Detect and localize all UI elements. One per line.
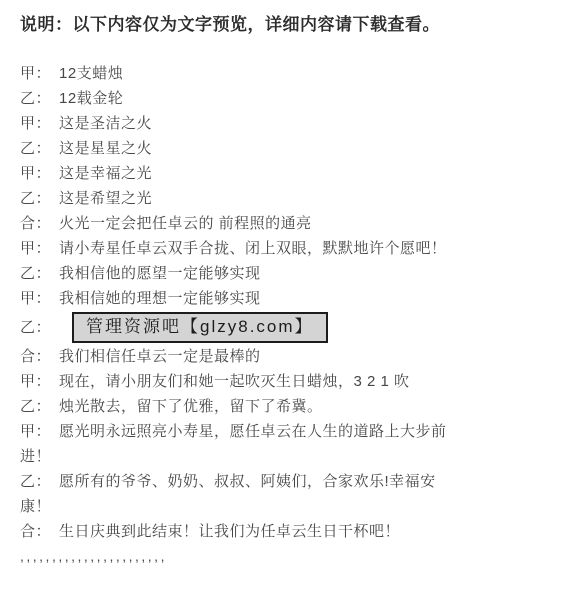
speaker-label: 合： [20, 211, 51, 236]
line-text: 这是星星之火 [59, 136, 152, 161]
dialogue-line: 乙： 12载金轮 [20, 86, 556, 111]
speaker-label: 甲： [20, 236, 51, 261]
line-text: 康！ [20, 494, 51, 519]
line-text: ,,,,,,,,,,,,,,,,,,,,,,, [20, 544, 167, 569]
dialogue-line: 进！ [20, 444, 556, 469]
speaker-label: 甲： [20, 419, 51, 444]
line-text: 烛光散去，留下了优雅，留下了希冀。 [59, 394, 323, 419]
dialogue-line: 甲： 愿光明永远照亮小寿星，愿任卓云在人生的道路上大步前 [20, 419, 556, 444]
speaker-label: 乙： [20, 469, 51, 494]
line-text: 进！ [20, 444, 51, 469]
line-text: 愿所有的爷爷、奶奶、叔叔、阿姨们，合家欢乐!幸福安 [59, 469, 436, 494]
dialogue-line: 乙： 这是希望之光 [20, 186, 556, 211]
line-text: 我们相信任卓云一定是最棒的 [59, 344, 261, 369]
dialogue-line: 合： 我们相信任卓云一定是最棒的 [20, 344, 556, 369]
dialogue-line: 甲： 这是幸福之光 [20, 161, 556, 186]
line-text: 我相信她的理想一定能够实现 [59, 286, 261, 311]
dialogue-line: 甲： 12支蜡烛 [20, 61, 556, 86]
line-text: 请小寿星任卓云双手合拢、闭上双眼，默默地许个愿吧！ [59, 236, 447, 261]
speaker-label: 乙： [20, 394, 51, 419]
line-text: 生日庆典到此结束！让我们为任卓云生日干杯吧！ [59, 519, 400, 544]
preview-notice-header: 说明：以下内容仅为文字预览，详细内容请下载查看。 [20, 13, 556, 37]
speaker-label: 甲： [20, 286, 51, 311]
line-text: 这是希望之光 [59, 186, 152, 211]
dialogue-line: 乙： 烛光散去，留下了优雅，留下了希冀。 [20, 394, 556, 419]
line-text: 火光一定会把任卓云的 前程照的通亮 [59, 211, 312, 236]
line-text: 愿光明永远照亮小寿星，愿任卓云在人生的道路上大步前 [59, 419, 447, 444]
speaker-label: 甲： [20, 161, 51, 186]
speaker-label: 乙： [20, 186, 51, 211]
speaker-label: 乙： [20, 261, 51, 286]
dialogue-line: 乙： 我相信他的愿望一定能够实现 [20, 261, 556, 286]
dialogue-line: 甲： 请小寿星任卓云双手合拢、闭上双眼，默默地许个愿吧！ [20, 236, 556, 261]
line-text: 我相信他的愿望一定能够实现 [59, 261, 261, 286]
speaker-label: 甲： [20, 111, 51, 136]
speaker-label: 合： [20, 344, 51, 369]
line-text: 12载金轮 [59, 86, 123, 111]
speaker-label: 甲： [20, 61, 51, 86]
speaker-label: 乙： [20, 315, 51, 340]
line-text: 这是圣洁之火 [59, 111, 152, 136]
dialogue-line: ,,,,,,,,,,,,,,,,,,,,,,, [20, 544, 556, 569]
dialogue-line: 乙： 这是星星之火 [20, 136, 556, 161]
line-text: 12支蜡烛 [59, 61, 123, 86]
speaker-label: 乙： [20, 136, 51, 161]
dialogue-line: 合： 火光一定会把任卓云的 前程照的通亮 [20, 211, 556, 236]
speaker-label: 合： [20, 519, 51, 544]
dialogue-line: 甲： 现在，请小朋友们和她一起吹灭生日蜡烛，3 2 1 吹 [20, 369, 556, 394]
dialogue-lines: 甲： 12支蜡烛 乙： 12载金轮 甲： 这是圣洁之火 乙： 这是星星之火 甲：… [20, 61, 556, 569]
line-text: 这是幸福之光 [59, 161, 152, 186]
dialogue-line: 乙： 管理资源吧【glzy8.com】 [20, 311, 556, 344]
dialogue-line: 甲： 我相信她的理想一定能够实现 [20, 286, 556, 311]
text-preview-page: 说明：以下内容仅为文字预览，详细内容请下载查看。 甲： 12支蜡烛 乙： 12载… [0, 0, 578, 600]
line-text: 现在，请小朋友们和她一起吹灭生日蜡烛，3 2 1 吹 [59, 369, 410, 394]
speaker-label: 甲： [20, 369, 51, 394]
dialogue-line: 乙： 愿所有的爷爷、奶奶、叔叔、阿姨们，合家欢乐!幸福安 [20, 469, 556, 494]
dialogue-line: 合： 生日庆典到此结束！让我们为任卓云生日干杯吧！ [20, 519, 556, 544]
speaker-label: 乙： [20, 86, 51, 111]
dialogue-line: 康！ [20, 494, 556, 519]
dialogue-line: 甲： 这是圣洁之火 [20, 111, 556, 136]
watermark-badge: 管理资源吧【glzy8.com】 [72, 312, 328, 343]
